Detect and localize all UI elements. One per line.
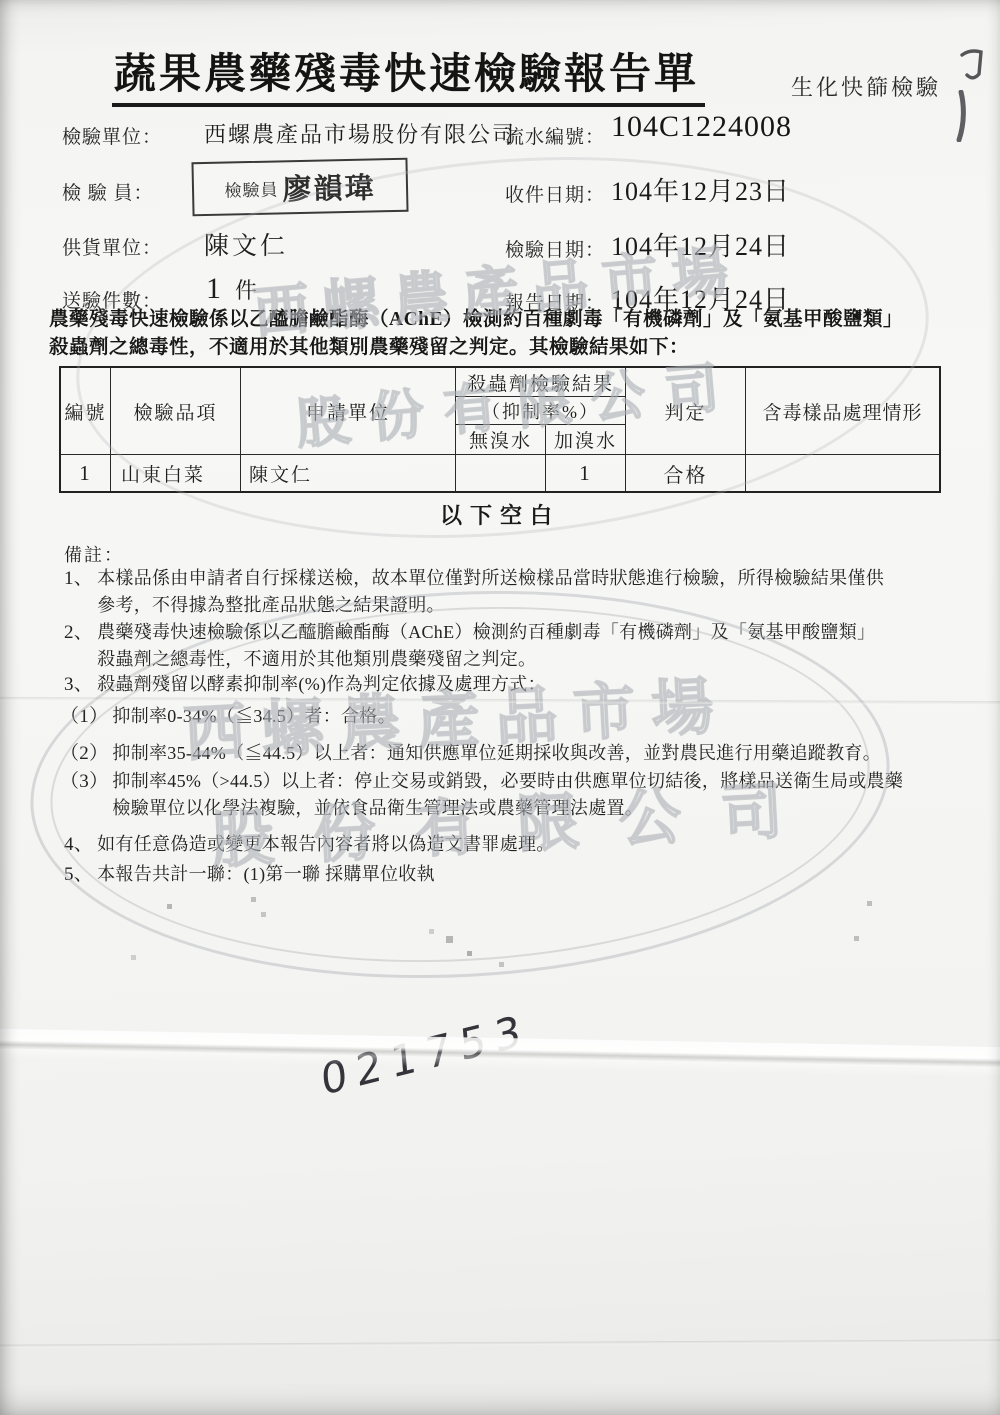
note-item-3: 3、 殺蟲劑殘留以酵素抑制率(%)作為判定依據及處理方式： [64, 671, 952, 698]
row-cell-with-bromine: 1 [546, 454, 626, 491]
note-item-1: 1、 本樣品係由申請者自行採樣送檢，故本單位僅對所送檢樣品當時狀態進行檢驗，所得… [64, 565, 952, 619]
note-text: 本報告共計一聯：(1)第一聯 採購單位收執 [97, 861, 435, 888]
stamp-name-text: 廖韻瑋 [282, 165, 376, 208]
col-header-result-group: 殺蟲劑檢驗結果 [456, 368, 626, 397]
sample-count-value: 1 件 [206, 272, 257, 306]
note-number: （3） [60, 768, 108, 822]
handwritten-number: 021753 [319, 1004, 531, 1105]
note-number: 5、 [64, 861, 93, 888]
scan-artifact-hook-mark [960, 46, 986, 89]
note-number: 1、 [64, 565, 93, 619]
row-cell-applicant: 陳文仁 [241, 454, 456, 491]
stamp-role-text: 檢驗員 [224, 175, 279, 201]
scanned-report-page: 西螺農產品市場 股份有限公司 西螺農產品市場 股份有限公司 蔬果農藥殘毒快速檢驗… [0, 0, 1000, 1415]
below-blank-text: 以下空白 [59, 499, 941, 530]
note-number: 4、 [64, 831, 93, 858]
supplier-value: 陳文仁 [204, 226, 288, 262]
note-text: 本樣品係由申請者自行採樣送檢，故本單位僅對所送檢樣品當時狀態進行檢驗，所得檢驗結… [97, 565, 884, 619]
note-number: （1） [60, 703, 108, 730]
page-subtitle: 生化快篩檢驗 [791, 71, 941, 102]
note-item-2: 2、 農藥殘毒快速檢驗係以乙醯膽鹼酯酶（AChE）檢測約百種劇毒「有機磷劑」及「… [64, 619, 952, 673]
inspection-unit-value: 西螺農產品市場股份有限公司 [204, 118, 516, 149]
col-header-with-bromine: 加溴水 [546, 425, 626, 454]
col-header-no-bromine: 無溴水 [456, 425, 546, 454]
supplier-label: 供貨單位： [62, 233, 162, 260]
ink-specks [0, 0, 3, 3]
method-description-line1: 農藥殘毒快速檢驗係以乙醯膽鹼酯酶（AChE）檢測約百種劇毒「有機磷劑」及「氨基甲… [49, 306, 961, 334]
sample-count-unit: 件 [235, 274, 257, 305]
row-cell-judgment: 合格 [626, 454, 746, 491]
results-table: 編號 檢驗品項 申請單位 殺蟲劑檢驗結果 （抑制率%） 無溴水 加溴水 判定 含… [59, 366, 941, 493]
note-item-3-1: （1） 抑制率0-34%（≦34.5）者：合格。 [60, 703, 948, 730]
note-item-4: 4、 如有任意偽造或變更本報告內容者將以偽造文書罪處理。 [64, 831, 952, 858]
note-number: 2、 [64, 619, 93, 673]
inspection-unit-label: 檢驗單位： [62, 122, 162, 149]
test-date-label: 檢驗日期： [505, 235, 605, 262]
col-header-applicant: 申請單位 [241, 368, 456, 454]
receive-date-value: 104年12月23日 [611, 171, 790, 208]
col-header-judgment: 判定 [626, 368, 746, 454]
row-cell-item: 山東白菜 [111, 454, 241, 491]
note-text: 抑制率45%（>44.5）以上者：停止交易或銷毀，必要時由供應單位切結後，將樣品… [112, 768, 903, 822]
remarks-label: 備註： [64, 541, 124, 567]
serial-number-label: 流水編號： [505, 122, 605, 149]
note-number: 3、 [64, 671, 93, 698]
receive-date-label: 收件日期： [505, 180, 605, 207]
col-header-result-sub: （抑制率%） [456, 397, 626, 425]
page-title: 蔬果農藥殘毒快速檢驗報告單 [112, 52, 705, 107]
note-text: 抑制率35-44%（≦44.5）以上者：通知供應單位延期採收與改善，並對農民進行… [112, 740, 881, 767]
scan-artifact-ink-stroke [953, 90, 969, 147]
sample-count-number: 1 [206, 272, 221, 306]
method-description-line2: 殺蟲劑之總毒性，不適用於其他類別農藥殘留之判定。其檢驗結果如下： [49, 334, 961, 362]
row-cell-no-bromine [456, 454, 546, 491]
note-text: 農藥殘毒快速檢驗係以乙醯膽鹼酯酶（AChE）檢測約百種劇毒「有機磷劑」及「氨基甲… [97, 619, 875, 673]
col-header-item: 檢驗品項 [111, 368, 241, 454]
inspector-name-stamp: 檢驗員 廖韻瑋 [191, 158, 408, 217]
note-text: 如有任意偽造或變更本報告內容者將以偽造文書罪處理。 [97, 831, 555, 858]
note-text: 抑制率0-34%（≦34.5）者：合格。 [112, 703, 396, 730]
row-cell-no: 1 [61, 454, 111, 491]
note-item-3-3: （3） 抑制率45%（>44.5）以上者：停止交易或銷毀，必要時由供應單位切結後… [60, 768, 948, 822]
note-number: （2） [60, 740, 108, 767]
row-cell-handling [746, 454, 939, 491]
note-text: 殺蟲劑殘留以酵素抑制率(%)作為判定依據及處理方式： [97, 671, 546, 698]
inspector-label: 檢 驗 員： [62, 178, 154, 205]
serial-number-value: 104C1224008 [611, 110, 792, 144]
method-description: 農藥殘毒快速檢驗係以乙醯膽鹼酯酶（AChE）檢測約百種劇毒「有機磷劑」及「氨基甲… [49, 306, 961, 362]
test-date-value: 104年12月24日 [611, 226, 790, 263]
col-header-no: 編號 [61, 368, 111, 454]
note-item-5: 5、 本報告共計一聯：(1)第一聯 採購單位收執 [64, 861, 952, 888]
col-header-handling: 含毒樣品處理情形 [746, 368, 939, 454]
paper-crease [0, 1339, 1000, 1347]
note-item-3-2: （2） 抑制率35-44%（≦44.5）以上者：通知供應單位延期採收與改善，並對… [60, 740, 948, 767]
